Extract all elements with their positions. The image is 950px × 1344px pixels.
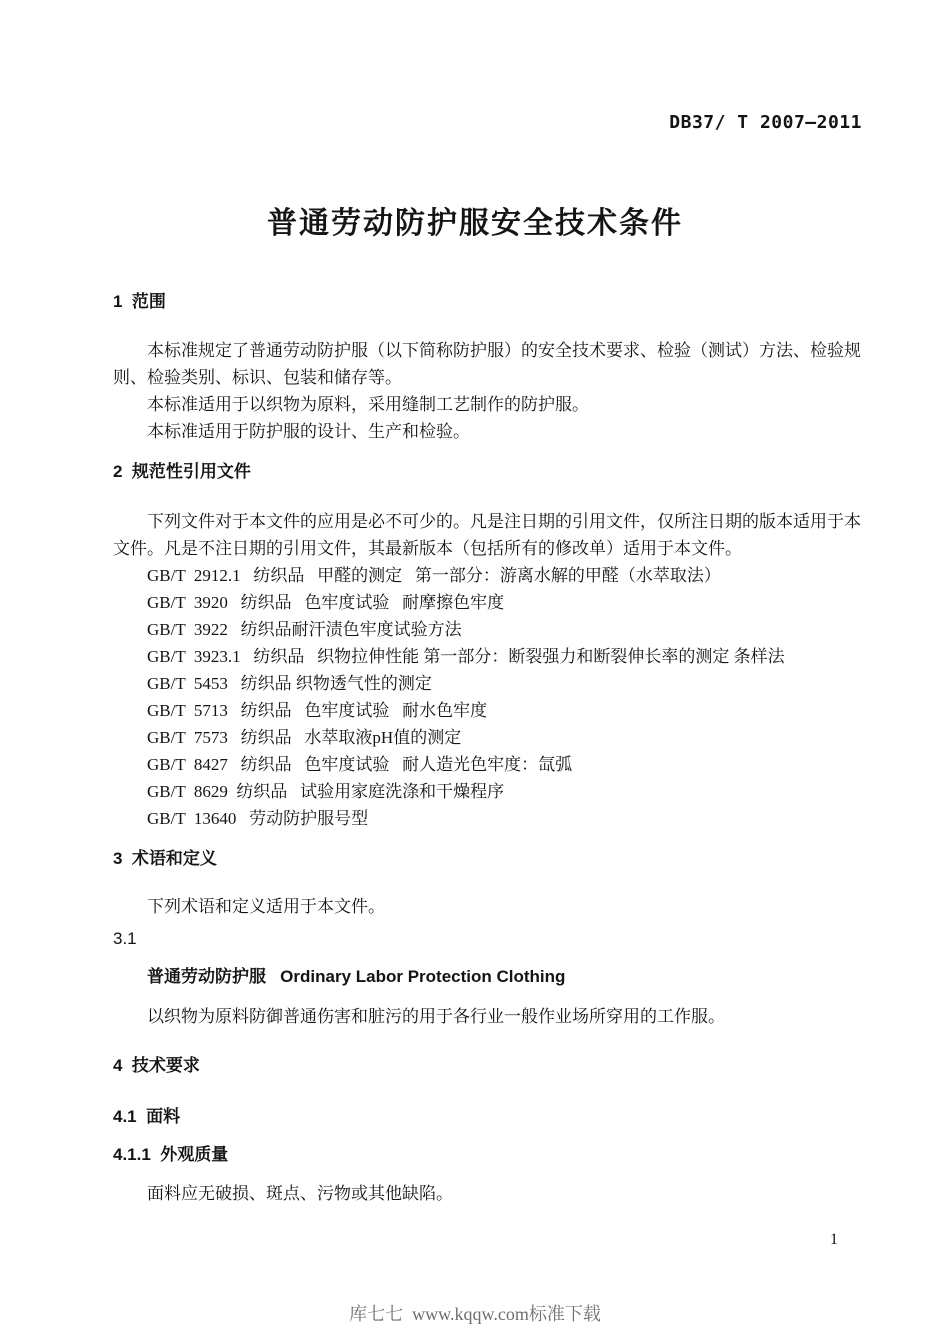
- section-heading-terms: 3 术语和定义: [113, 845, 865, 872]
- term-name: 普通劳动防护服 Ordinary Labor Protection Clothi…: [113, 963, 865, 990]
- scope-paragraph-3: 本标准适用于防护服的设计、生产和检验。: [113, 418, 865, 445]
- reference-item: GB/T 3923.1 纺织品 织物拉伸性能 第一部分：断裂强力和断裂伸长率的测…: [113, 643, 865, 670]
- reference-item: GB/T 5453 纺织品 织物透气性的测定: [113, 670, 865, 697]
- watermark-text: 库七七 www.kqqw.com标准下载: [0, 1300, 950, 1326]
- term-clause-number: 3.1: [113, 925, 865, 952]
- section-heading-scope: 1 范围: [113, 288, 865, 315]
- sub-heading-fabric: 4.1 面料: [113, 1103, 865, 1130]
- document-body: 1 范围 本标准规定了普通劳动防护服（以下简称防护服）的安全技术要求、检验（测试…: [113, 288, 865, 1207]
- term-definition: 以织物为原料防御普通伤害和脏污的用于各行业一般作业场所穿用的工作服。: [113, 1003, 865, 1030]
- section-heading-references: 2 规范性引用文件: [113, 458, 865, 485]
- appearance-requirement-text: 面料应无破损、斑点、污物或其他缺陷。: [113, 1180, 865, 1207]
- reference-item: GB/T 8629 纺织品 试验用家庭洗涤和干燥程序: [113, 778, 865, 805]
- scope-paragraph-1: 本标准规定了普通劳动防护服（以下简称防护服）的安全技术要求、检验（测试）方法、检…: [113, 337, 865, 391]
- document-title: 普通劳动防护服安全技术条件: [0, 198, 950, 242]
- reference-item: GB/T 3920 纺织品 色牢度试验 耐摩擦色牢度: [113, 589, 865, 616]
- section-heading-requirements: 4 技术要求: [113, 1052, 865, 1079]
- terms-intro: 下列术语和定义适用于本文件。: [113, 893, 865, 920]
- reference-item: GB/T 8427 纺织品 色牢度试验 耐人造光色牢度：氙弧: [113, 751, 865, 778]
- sub-heading-appearance: 4.1.1 外观质量: [113, 1141, 865, 1168]
- reference-item: GB/T 2912.1 纺织品 甲醛的测定 第一部分：游离水解的甲醛（水萃取法）: [113, 562, 865, 589]
- standard-code: DB37/ T 2007—2011: [669, 112, 862, 133]
- document-page: DB37/ T 2007—2011 普通劳动防护服安全技术条件 1 范围 本标准…: [0, 0, 950, 1344]
- scope-paragraph-2: 本标准适用于以织物为原料，采用缝制工艺制作的防护服。: [113, 391, 865, 418]
- reference-item: GB/T 7573 纺织品 水萃取液pH值的测定: [113, 724, 865, 751]
- reference-item: GB/T 5713 纺织品 色牢度试验 耐水色牢度: [113, 697, 865, 724]
- page-number: 1: [830, 1231, 838, 1249]
- references-intro: 下列文件对于本文件的应用是必不可少的。凡是注日期的引用文件，仅所注日期的版本适用…: [113, 508, 865, 562]
- reference-item: GB/T 13640 劳动防护服号型: [113, 805, 865, 832]
- reference-item: GB/T 3922 纺织品耐汗渍色牢度试验方法: [113, 616, 865, 643]
